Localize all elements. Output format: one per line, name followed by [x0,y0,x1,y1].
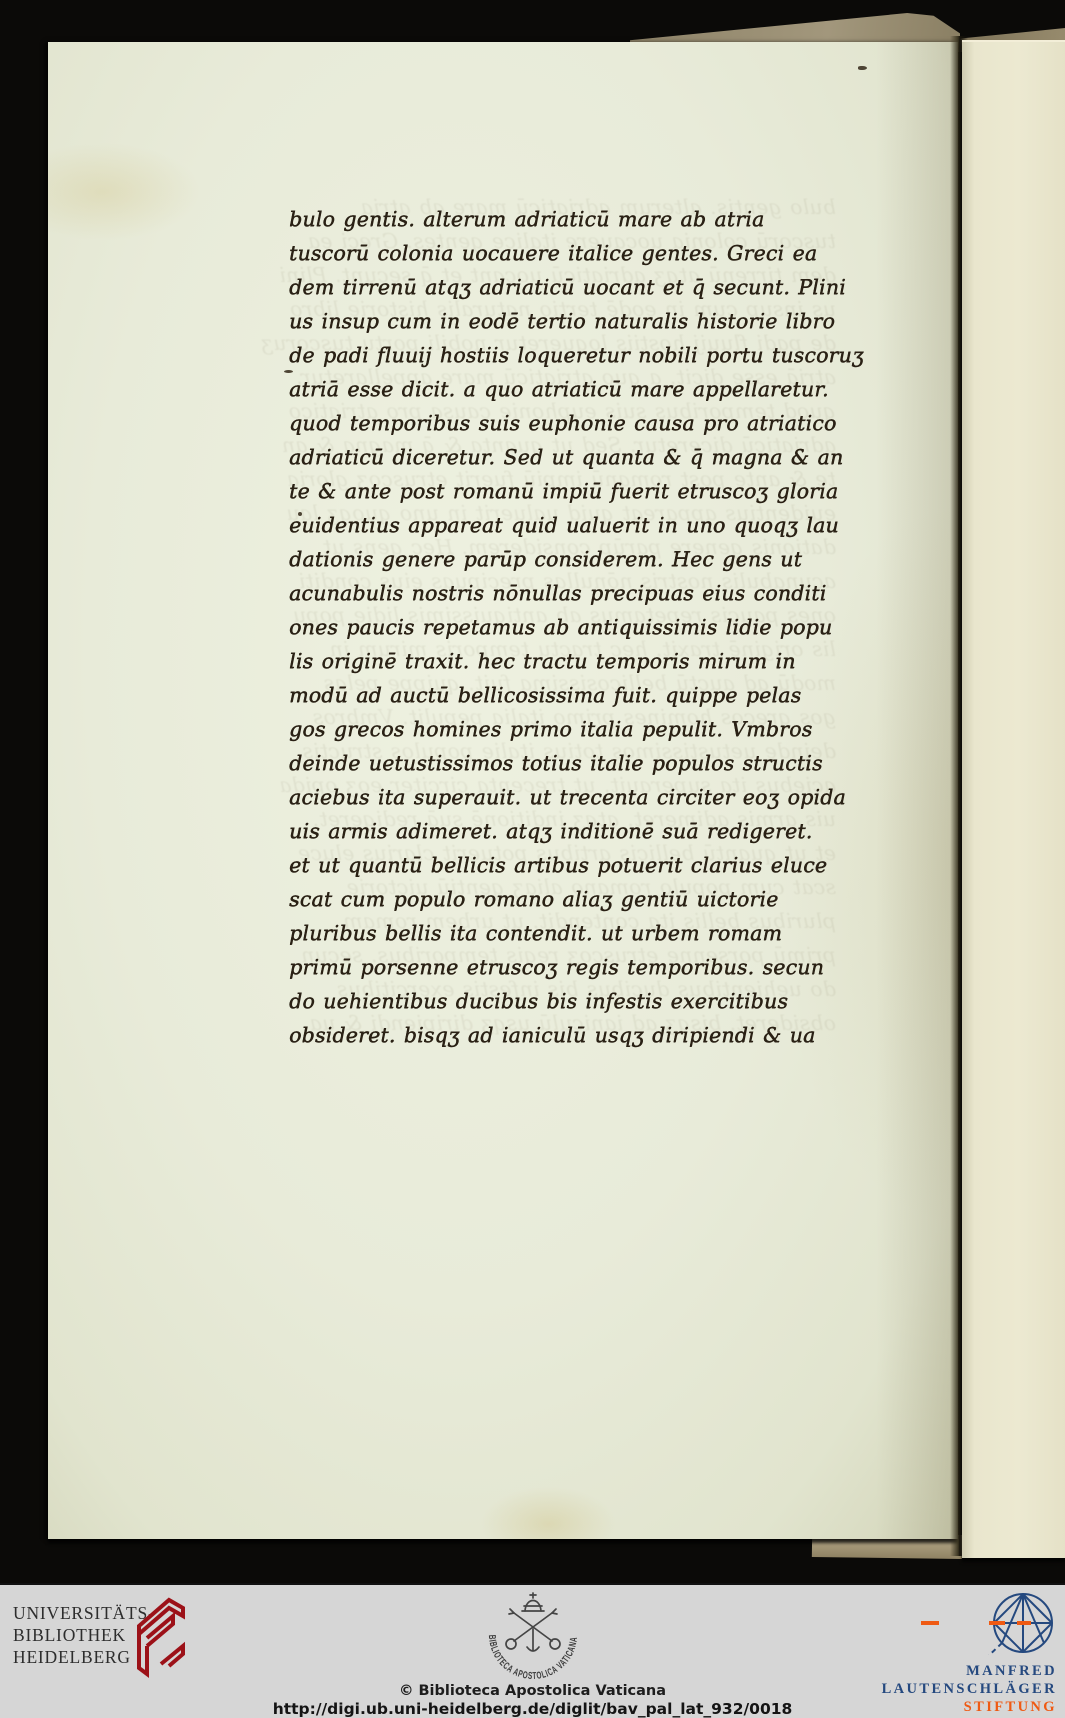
library-logo-block: UNIVERSITÄTS- BIBLIOTHEK HEIDELBERG [13,1602,155,1668]
manuscript-text-line: et ut quantū bellicis artibus potuerit c… [289,848,781,882]
manuscript-text-line: bulo gentis. alterum adriaticū mare ab a… [289,202,781,236]
library-book-logo-icon [125,1590,197,1680]
manuscript-text-line: ones paucis repetamus ab antiquissimis l… [316,598,836,632]
facing-page-edge [962,40,1065,1558]
manuscript-text-line: scat cum populo romano aliaʒ gentiū uict… [316,870,836,904]
manuscript-text-line: aciebus ita superauit. ut trecenta circi… [289,780,781,814]
manuscript-text-line: acunabulis nostris nōnullas precipuas ei… [289,576,781,610]
manuscript-text-line: de padi fluuij hostiis loqueretur nobili… [289,338,781,372]
manuscript-text-line: deinde uetustissimos totius italie popul… [289,746,781,780]
manuscript-text-line: modū ad auctū bellicosissima fuit. quipp… [316,666,836,700]
manuscript-text-line: de padi fluuij hostiis loqueretur nobili… [316,326,836,360]
footer-bar: BIBLIOTECA APOSTOLICA VATICANA © Bibliot… [0,1583,1065,1718]
manuscript-text-line: pluribus bellis ita contendit. ut urbem … [289,916,781,950]
foundation-name-line3: STIFTUNG [882,1698,1057,1716]
ink-speck [284,370,293,373]
manuscript-text-line: us insup cum in eodē tertio naturalis hi… [316,292,836,326]
manuscript-text-line: acunabulis nostris nōnullas precipuas ei… [316,564,836,598]
manuscript-text-line: quod temporibus suis euphonie causa pro … [289,406,781,440]
manuscript-text-block: bulo gentis. alterum adriaticū mare ab a… [289,202,781,1052]
foundation-name-line2: LAUTENSCHLÄGER [882,1680,1057,1698]
manuscript-text-line: us insup cum in eodē tertio naturalis hi… [289,304,781,338]
manuscript-text-line: modū ad auctū bellicosissima fuit. quipp… [289,678,781,712]
manuscript-text-line: gos grecos homines primo italia pepulit.… [289,712,781,746]
manuscript-text-line: uis armis adimeret. atqʒ inditionē suā r… [289,814,781,848]
manuscript-text-line: ones paucis repetamus ab antiquissimis l… [289,610,781,644]
manuscript-text-line: et ut quantū bellicis artibus potuerit c… [316,836,836,870]
foundation-globe-logo-icon [909,1591,1059,1655]
manuscript-text-line: adriaticū diceretur. Sed ut quanta & q̄ … [316,428,836,462]
manuscript-text-line: gos grecos homines primo italia pepulit.… [316,700,836,734]
foundation-logo-block: MANFRED LAUTENSCHLÄGER STIFTUNG [882,1591,1059,1716]
manuscript-text-line: obsideret. bisqʒ ad ianiculū usqʒ diripi… [289,1018,781,1052]
manuscript-text-line: aciebus ita superauit. ut trecenta circi… [316,768,836,802]
manuscript-text-line: pluribus bellis ita contendit. ut urbem … [316,904,836,938]
manuscript-text-line: te & ante post romanū impiū fuerit etrus… [316,462,836,496]
manuscript-text-line: euidentius appareat quid ualuerit in uno… [316,496,836,530]
manuscript-text-line: atriā esse dicit. a quo atriaticū mare a… [289,372,781,406]
manuscript-text-line: te & ante post romanū impiū fuerit etrus… [289,474,781,508]
manuscript-text-line: adriaticū diceretur. Sed ut quanta & q̄ … [289,440,781,474]
manuscript-text-line: quod temporibus suis euphonie causa pro … [316,394,836,428]
ink-speck [298,512,302,516]
manuscript-text-line: tuscorū colonia uocauere italice gentes.… [289,236,781,270]
scan-viewport: bulo gentis. alterum adriaticū mare ab a… [0,0,1065,1718]
manuscript-page: bulo gentis. alterum adriaticū mare ab a… [48,42,958,1539]
manuscript-text-line: deinde uetustissimos totius italie popul… [316,734,836,768]
ink-speck [858,66,867,70]
vatican-library-seal-icon: BIBLIOTECA APOSTOLICA VATICANA [458,1589,608,1685]
manuscript-text-line: bulo gentis. alterum adriaticū mare ab a… [316,190,836,224]
show-through-text: bulo gentis. alterum adriaticū mare ab a… [316,190,836,1040]
manuscript-text-line: atriā esse dicit. a quo atriaticū mare a… [316,360,836,394]
manuscript-text-line: primū porsenne etruscoʒ regis temporibus… [316,938,836,972]
manuscript-text-line: dationis genere parūp considerem. Hec ge… [289,542,781,576]
foundation-name-line1: MANFRED [882,1662,1057,1680]
manuscript-text-line: primū porsenne etruscoʒ regis temporibus… [289,950,781,984]
manuscript-text-line: euidentius appareat quid ualuerit in uno… [289,508,781,542]
manuscript-text-line: dem tirrenū atqʒ adriaticū uocant et q̄ … [289,270,781,304]
manuscript-text-line: lis originē traxit. hec tractu temporis … [289,644,781,678]
manuscript-text-line: do uehientibus ducibus bis infestis exer… [289,984,781,1018]
manuscript-text-line: uis armis adimeret. atqʒ inditionē suā r… [316,802,836,836]
manuscript-text-line: dationis genere parūp considerem. Hec ge… [316,530,836,564]
manuscript-text-line: lis originē traxit. hec tractu temporis … [316,632,836,666]
manuscript-text-line: do uehientibus ducibus bis infestis exer… [316,972,836,1006]
manuscript-text-line: scat cum populo romano aliaʒ gentiū uict… [289,882,781,916]
manuscript-text-line: tuscorū colonia uocauere italice gentes.… [316,224,836,258]
manuscript-text-line: dem tirrenū atqʒ adriaticū uocant et q̄ … [316,258,836,292]
manuscript-text-line: obsideret. bisqʒ ad ianiculū usqʒ diripi… [316,1006,836,1040]
